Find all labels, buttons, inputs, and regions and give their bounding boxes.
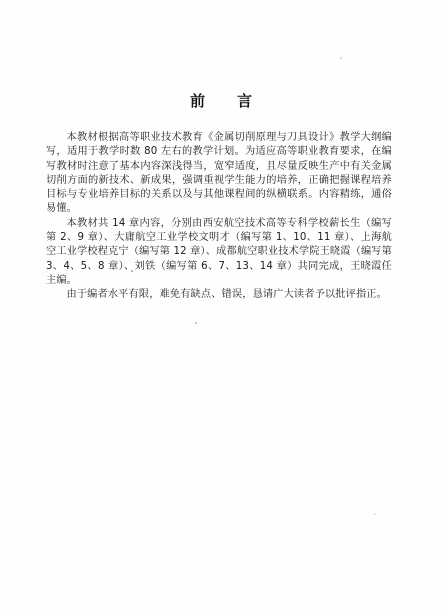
preface-body: 本教材根据高等职业技术教育《金属切削原理与刀具设计》教学大纲编写，适用于教学时数… <box>46 131 392 303</box>
paragraph-closing: 由于编者水平有限，难免有缺点、错误，恳请广大读者予以批评指正。 <box>46 288 392 302</box>
scan-speck <box>131 270 133 272</box>
paragraph-authors: 本教材共 14 章内容，分别由西安航空技术高等专科学校薪长生（编写第 2、9 章… <box>46 217 392 288</box>
title-char-2: 言 <box>237 92 252 110</box>
scan-speck <box>340 57 342 59</box>
title-char-1: 前 <box>190 92 205 110</box>
scan-speck <box>195 322 197 324</box>
document-page: 前言 本教材根据高等职业技术教育《金属切削原理与刀具设计》教学大纲编写，适用于教… <box>0 0 442 609</box>
page-title: 前言 <box>0 92 442 110</box>
paragraph-purpose: 本教材根据高等职业技术教育《金属切削原理与刀具设计》教学大纲编写，适用于教学时数… <box>46 131 392 217</box>
scan-speck <box>374 513 376 515</box>
